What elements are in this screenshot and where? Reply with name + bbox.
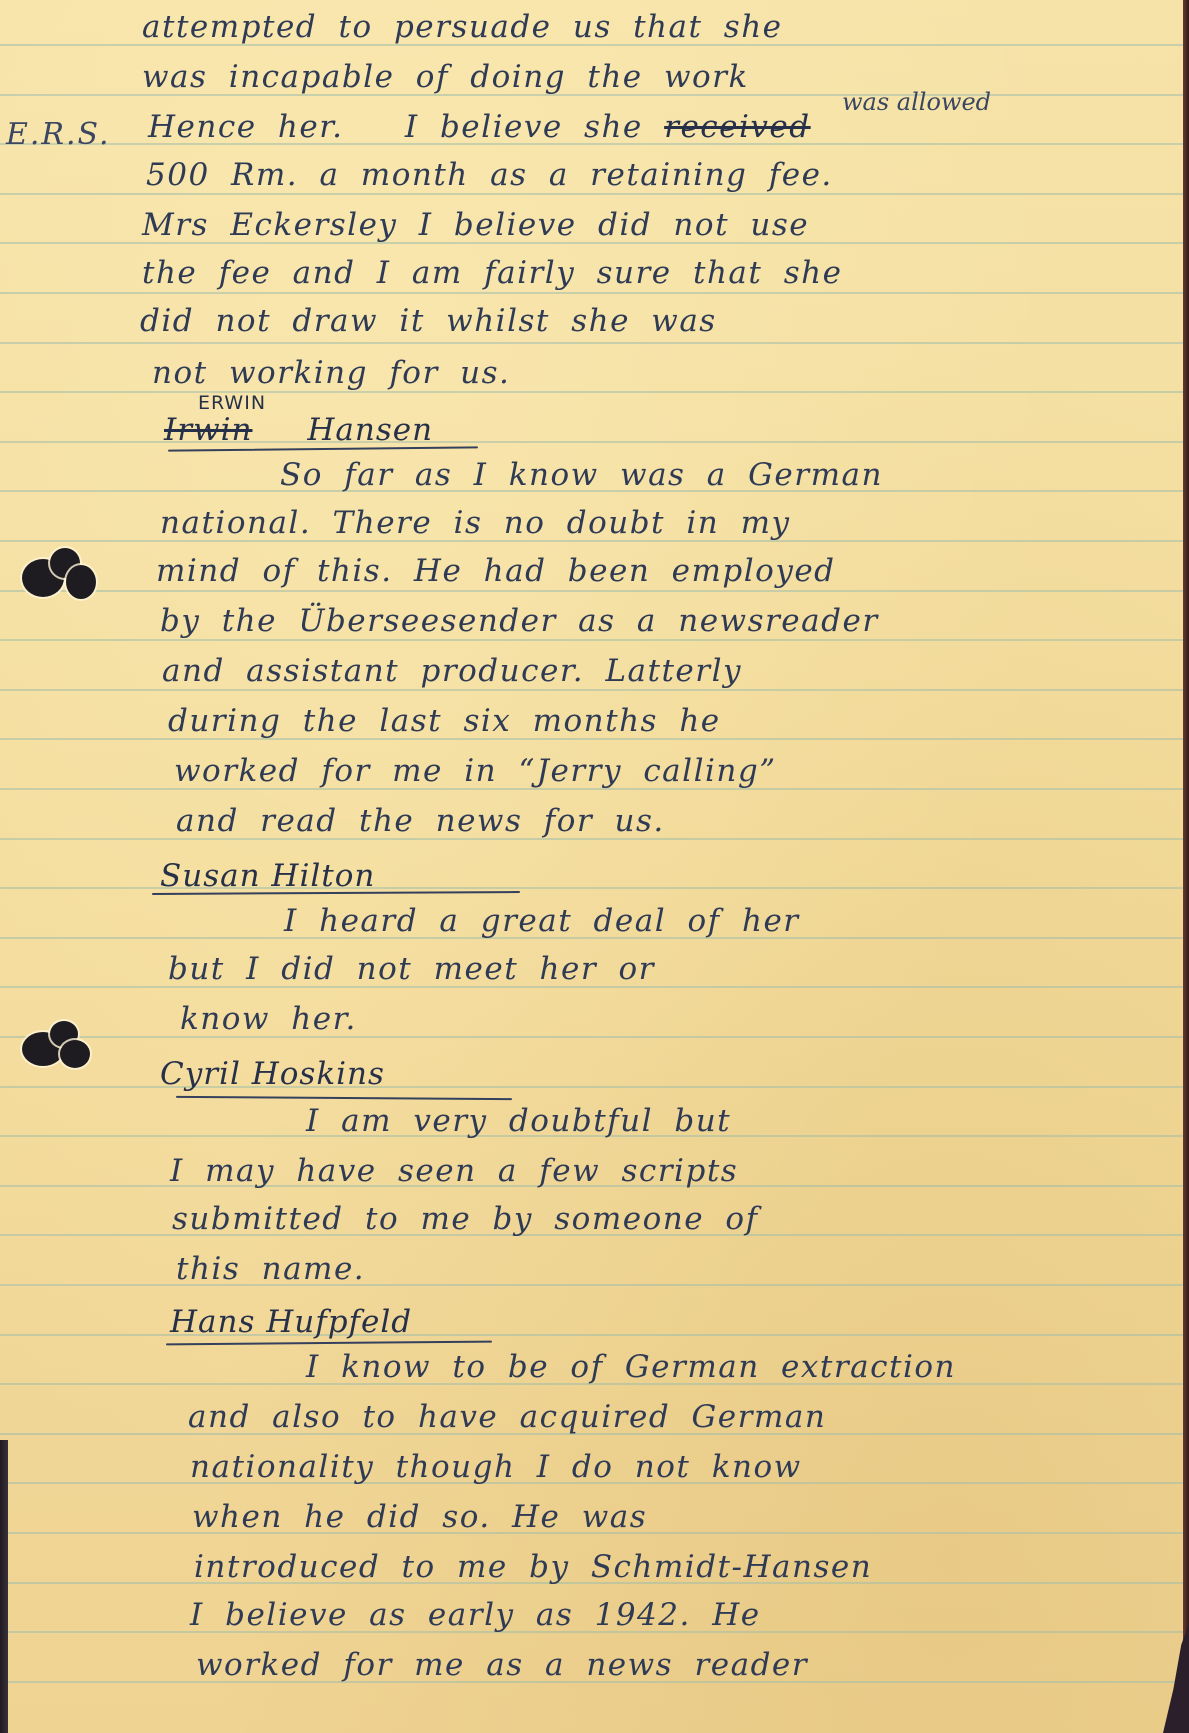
ruled-line xyxy=(0,342,1183,344)
inserted-text: was allowed xyxy=(842,88,991,116)
text-fragment: Hence her. xyxy=(148,109,344,145)
text-line: submitted to me by someone of xyxy=(172,1204,759,1235)
text-line: this name. xyxy=(176,1254,365,1285)
text-line: Hence her. I believe she received xyxy=(148,112,811,143)
entry-name: Hansen xyxy=(307,412,433,448)
margin-note-initials: E.R.S. xyxy=(6,117,111,152)
text-line: and also to have acquired German xyxy=(188,1402,826,1433)
ruled-line xyxy=(0,639,1183,641)
ruled-line xyxy=(0,1036,1183,1038)
ruled-line xyxy=(0,391,1183,393)
text-line: during the last six months he xyxy=(168,706,721,737)
ruled-line xyxy=(0,590,1183,592)
text-line: was incapable of doing the work xyxy=(142,62,749,93)
punch-hole-bottom xyxy=(20,1018,92,1078)
text-line: nationality though I do not know xyxy=(190,1452,802,1483)
text-line: I may have seen a few scripts xyxy=(170,1156,738,1187)
text-line: So far as I know was a German xyxy=(280,460,883,491)
entry-heading-hans-hufpfeld: Hans Hufpfeld xyxy=(170,1304,412,1340)
ruled-line xyxy=(0,292,1183,294)
text-line: Mrs Eckersley I believe did not use xyxy=(142,210,809,241)
text-line: know her. xyxy=(180,1004,357,1035)
page-edge-left xyxy=(0,1440,8,1733)
ruled-line xyxy=(0,193,1183,195)
heading-underline xyxy=(166,1341,492,1346)
text-line: 500 Rm. a month as a retaining fee. xyxy=(146,160,833,191)
text-line: I am very doubtful but xyxy=(306,1106,731,1137)
text-line: not working for us. xyxy=(152,358,510,389)
text-line: mind of this. He had been employed xyxy=(156,556,836,587)
punch-hole-top xyxy=(20,545,92,605)
text-line: national. There is no doubt in my xyxy=(160,508,791,539)
document-page: E.R.S. attempted to persuade us that she… xyxy=(0,0,1189,1733)
page-edge-right xyxy=(1183,0,1189,1733)
text-line: when he did so. He was xyxy=(192,1502,647,1533)
text-line: and read the news for us. xyxy=(176,806,665,837)
inserted-name: ERWIN xyxy=(198,392,266,414)
entry-heading-cyril-hoskins: Cyril Hoskins xyxy=(160,1056,385,1092)
text-line: the fee and I am fairly sure that she xyxy=(142,258,842,289)
heading-underline xyxy=(176,1096,512,1100)
text-fragment: I believe she xyxy=(405,109,643,145)
text-line: did not draw it whilst she was xyxy=(140,306,717,337)
text-line: I heard a great deal of her xyxy=(284,906,800,937)
text-line: and assistant producer. Latterly xyxy=(162,656,742,687)
text-line: I know to be of German extraction xyxy=(306,1352,956,1383)
text-line: I believe as early as 1942. He xyxy=(190,1600,761,1631)
struck-word: Irwin xyxy=(164,412,252,448)
ruled-line xyxy=(0,689,1183,691)
text-line: worked for me as a news reader xyxy=(196,1650,808,1681)
text-line: by the Überseesender as a newsreader xyxy=(160,606,879,637)
entry-heading-hansen: Irwin Hansen xyxy=(164,412,433,448)
text-line: worked for me in “Jerry calling” xyxy=(174,756,777,787)
struck-word: received xyxy=(664,109,811,145)
entry-heading-susan-hilton: Susan Hilton xyxy=(160,858,375,894)
text-line: but I did not meet her or xyxy=(168,954,655,985)
text-line: introduced to me by Schmidt-Hansen xyxy=(194,1552,872,1583)
torn-corner xyxy=(1163,1623,1189,1733)
text-line: attempted to persuade us that she xyxy=(142,12,783,43)
